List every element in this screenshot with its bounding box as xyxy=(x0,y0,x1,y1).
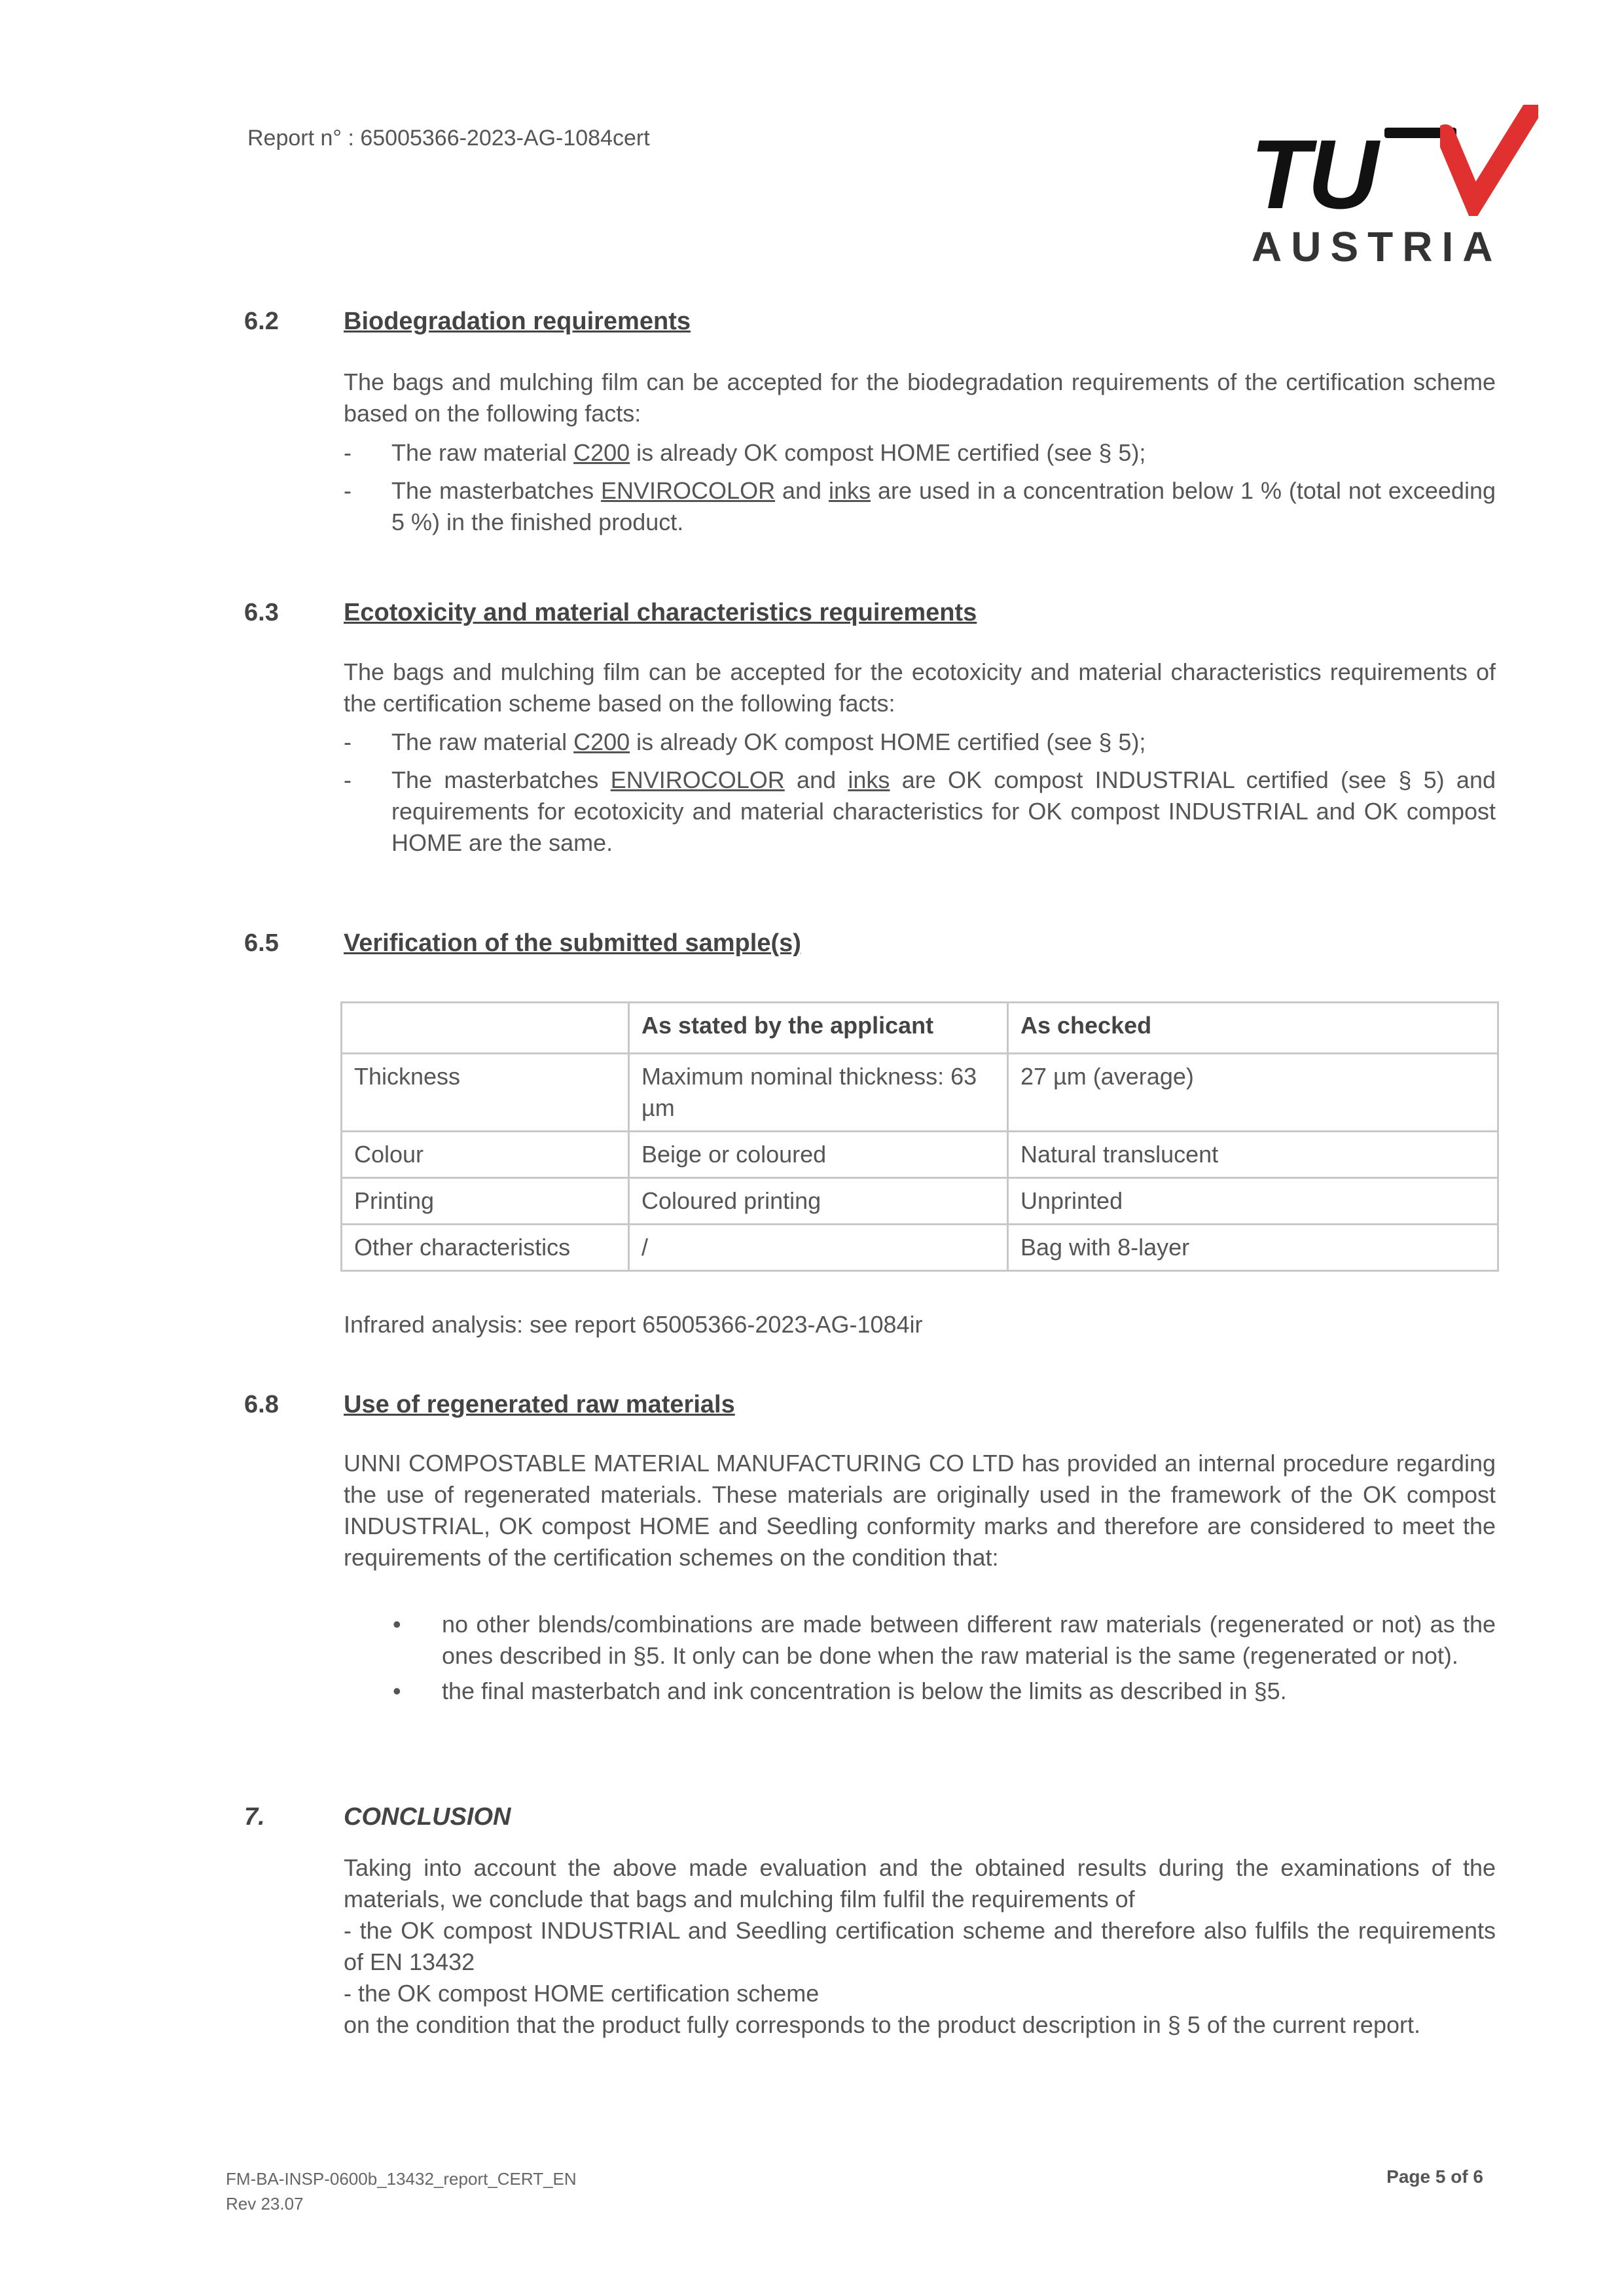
table-cell: Colour xyxy=(342,1132,629,1178)
verification-table: As stated by the applicant As checked Th… xyxy=(340,1001,1499,1272)
fact-item: The raw material C200 is already OK comp… xyxy=(344,726,1496,758)
conclusion-text: Taking into account the above made evalu… xyxy=(344,1852,1496,2041)
section-number: 6.3 xyxy=(244,599,279,627)
conclusion-line: on the condition that the product fully … xyxy=(344,2009,1496,2041)
table-header: As stated by the applicant xyxy=(629,1003,1008,1054)
fact-item: The raw material C200 is already OK comp… xyxy=(344,437,1496,469)
logo-text-austria: AUSTRIA xyxy=(1252,223,1502,271)
conclusion-line: - the OK compost HOME certification sche… xyxy=(344,1978,1496,2009)
footer-form-id: FM-BA-INSP-0600b_13432_report_CERT_EN Re… xyxy=(226,2166,577,2216)
table-header-row: As stated by the applicant As checked xyxy=(342,1003,1498,1054)
report-number: Report n° : 65005366-2023-AG-1084cert xyxy=(247,126,650,151)
fact-item: The masterbatches ENVIROCOLOR and inks a… xyxy=(344,764,1496,859)
condition-item: no other blends/combinations are made be… xyxy=(393,1609,1496,1672)
section-title: CONCLUSION xyxy=(344,1803,511,1831)
condition-item: the final masterbatch and ink concentrat… xyxy=(393,1676,1496,1707)
table-row: Colour Beige or coloured Natural translu… xyxy=(342,1132,1498,1178)
section-intro: The bags and mulching film can be accept… xyxy=(344,367,1496,429)
table-header: As checked xyxy=(1008,1003,1498,1054)
table-row: Printing Coloured printing Unprinted xyxy=(342,1178,1498,1225)
section-title: Ecotoxicity and material characteristics… xyxy=(344,599,977,627)
table-row: Other characteristics / Bag with 8-layer xyxy=(342,1225,1498,1271)
table-cell: Coloured printing xyxy=(629,1178,1008,1225)
section-intro: The bags and mulching film can be accept… xyxy=(344,656,1496,719)
page-number: Page 5 of 6 xyxy=(1386,2166,1483,2187)
form-id: FM-BA-INSP-0600b_13432_report_CERT_EN xyxy=(226,2166,577,2191)
section-number: 6.8 xyxy=(244,1391,279,1419)
conclusion-line: - the OK compost INDUSTRIAL and Seedling… xyxy=(344,1915,1496,1978)
section-title: Use of regenerated raw materials xyxy=(344,1391,735,1419)
section-number: 7. xyxy=(244,1803,265,1831)
table-header xyxy=(342,1003,629,1054)
section-intro: UNNI COMPOSTABLE MATERIAL MANUFACTURING … xyxy=(344,1448,1496,1573)
table-cell: Maximum nominal thickness: 63 µm xyxy=(629,1054,1008,1132)
fact-list: The raw material C200 is already OK comp… xyxy=(344,437,1496,545)
table-cell: Unprinted xyxy=(1008,1178,1498,1225)
revision: Rev 23.07 xyxy=(226,2191,577,2216)
table-cell: Natural translucent xyxy=(1008,1132,1498,1178)
table-row: Thickness Maximum nominal thickness: 63 … xyxy=(342,1054,1498,1132)
section-number: 6.5 xyxy=(244,929,279,958)
table-cell: 27 µm (average) xyxy=(1008,1054,1498,1132)
section-number: 6.2 xyxy=(244,308,279,336)
condition-list: no other blends/combinations are made be… xyxy=(393,1609,1496,1711)
fact-item: The masterbatches ENVIROCOLOR and inks a… xyxy=(344,475,1496,538)
table-cell: Beige or coloured xyxy=(629,1132,1008,1178)
conclusion-line: Taking into account the above made evalu… xyxy=(344,1852,1496,1915)
table-cell: / xyxy=(629,1225,1008,1271)
infrared-note: Infrared analysis: see report 65005366-2… xyxy=(344,1309,1496,1340)
table-cell: Printing xyxy=(342,1178,629,1225)
section-title: Verification of the submitted sample(s) xyxy=(344,929,801,958)
section-title: Biodegradation requirements xyxy=(344,308,691,336)
table-cell: Other characteristics xyxy=(342,1225,629,1271)
fact-list: The raw material C200 is already OK comp… xyxy=(344,726,1496,865)
table-cell: Thickness xyxy=(342,1054,629,1132)
logo-check-icon xyxy=(1440,105,1538,216)
table-cell: Bag with 8-layer xyxy=(1008,1225,1498,1271)
tuv-austria-logo-icon: TU AUSTRIA xyxy=(1244,105,1532,275)
logo-text-tu: TU xyxy=(1250,118,1376,231)
